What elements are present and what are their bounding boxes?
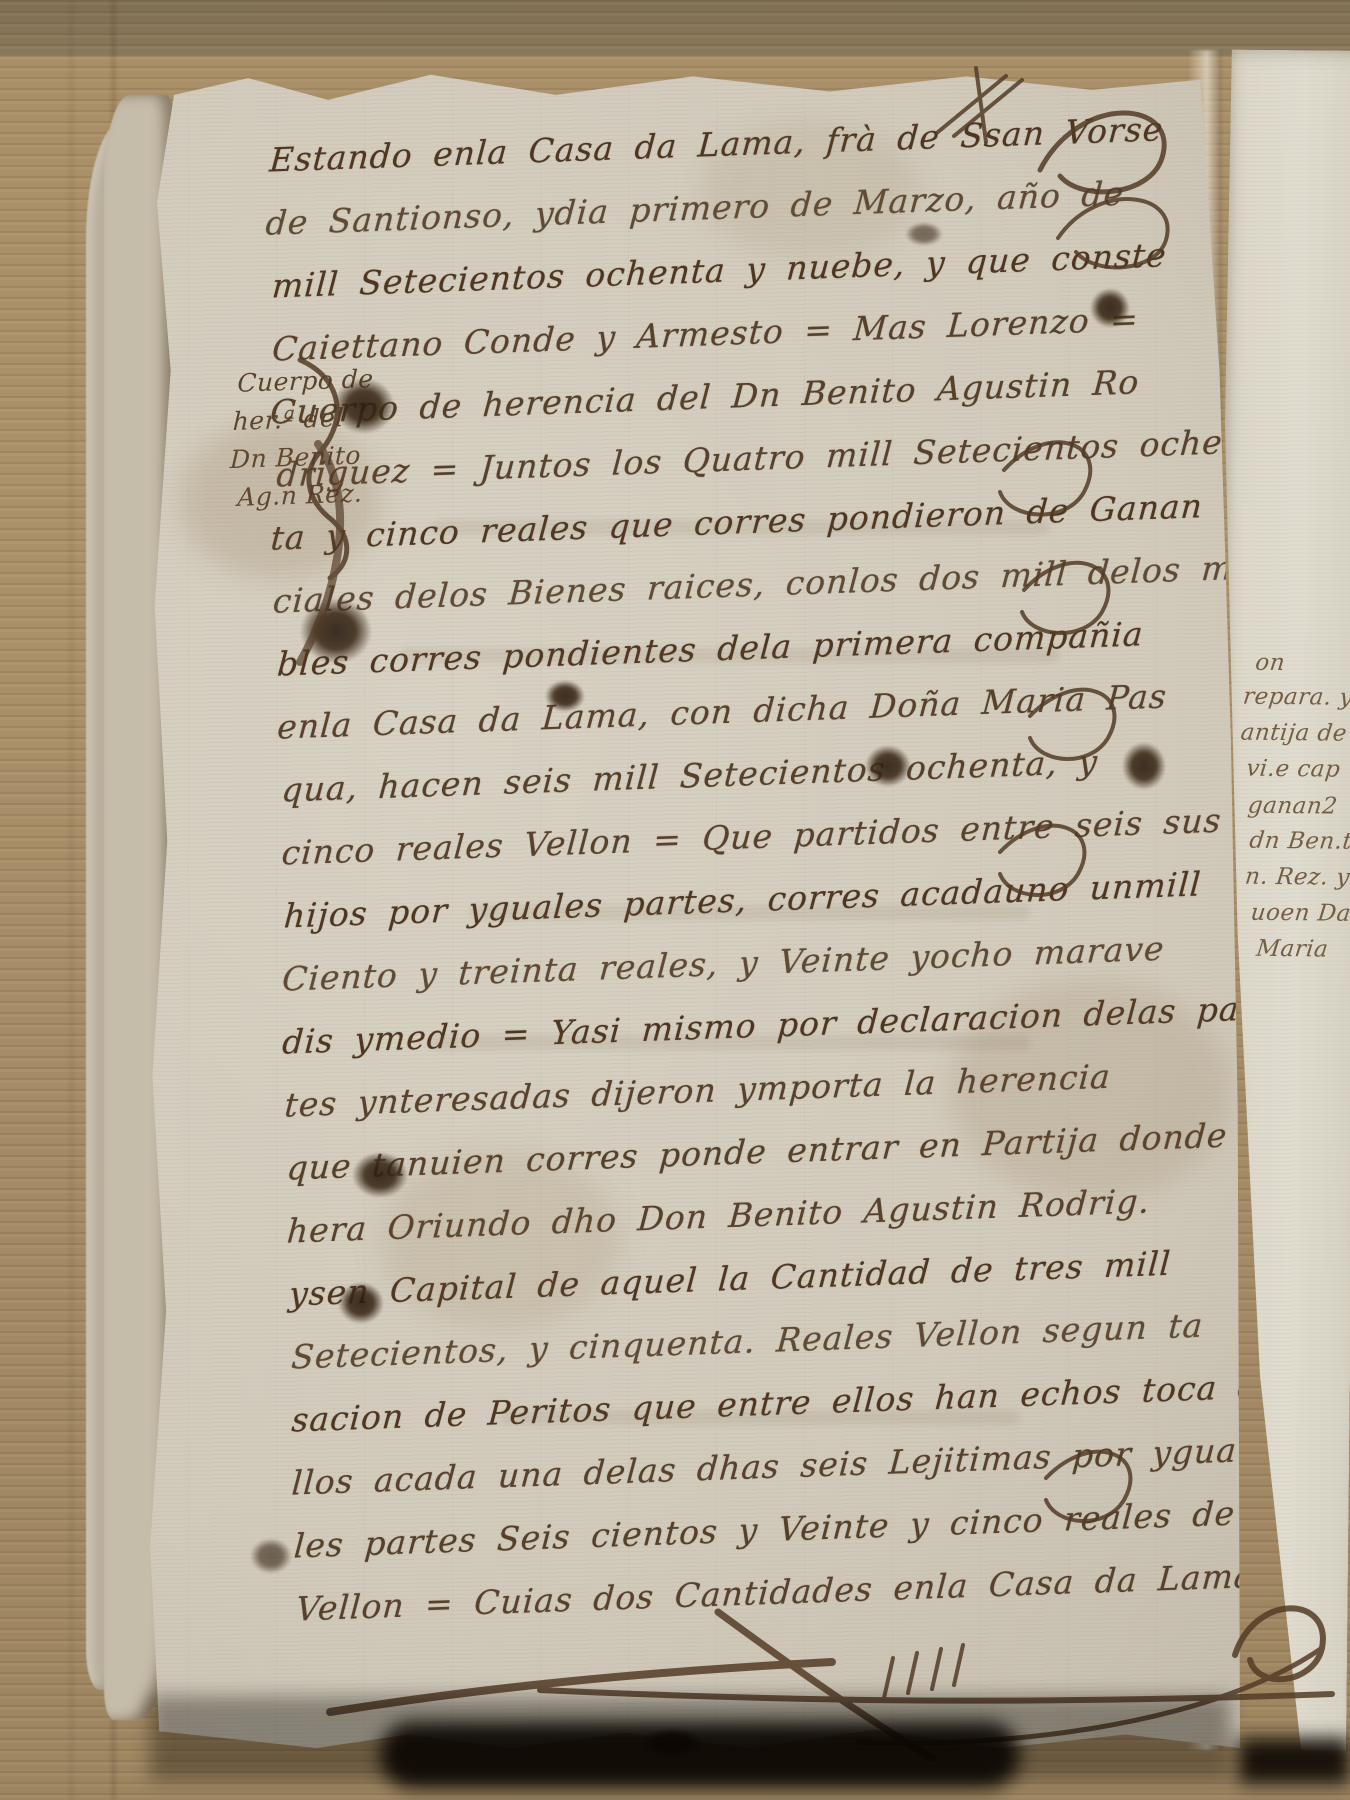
ink-blot [905,222,943,246]
manuscript-line: de Santionso, ydia primero de Marzo, año… [264,174,1125,243]
manuscript-line: mill Setecientos ochenta y nuebe, y que … [271,235,1168,305]
manuscript-line: llos acada una delas dhas seis Lejitimas… [290,1430,1238,1502]
manuscript-line: les partes Seis cientos y Veinte y cinco… [293,1494,1237,1566]
manuscript-line: driguez = Juntos los Quatro mill Setecie… [275,422,1246,495]
right-page-text-fragment: uoen Da [1249,900,1350,927]
manuscript-line: Vellon = Cuias dos Cantidades enla Casa … [295,1556,1256,1629]
ink-blot [1122,742,1166,790]
manuscript-line: cinco reales Vellon = Que partidos entre… [280,801,1223,873]
right-page-text-fragment: dn Ben.to [1248,828,1350,855]
ink-blot [865,745,911,787]
ink-bleed-through [500,1410,1020,1425]
ink-bleed-through [430,520,1050,535]
ink-bleed-through [430,1035,1030,1050]
ink-blot [250,1538,292,1574]
manuscript-line: Setecientos, y cinquenta. Reales Vellon … [290,1306,1205,1377]
bottom-gap-shadow [380,1722,1020,1788]
manuscript-line: enla Casa da Lama, con dicha Doña Maria … [276,676,1168,746]
ink-blot [1090,288,1130,328]
cardboard-crease [70,0,73,1800]
manuscript-line: sacion de Peritos que entre ellos han ec… [290,1366,1281,1440]
manuscript-line: Cuerpo de herencia del Dn Benito Agustin… [269,362,1141,431]
ink-blot [545,680,585,712]
paper-stain [180,420,380,580]
right-page-text-fragment: vi.e cap [1245,756,1342,783]
ink-blot [352,1152,408,1198]
bottom-right-shadow [1238,1738,1350,1784]
paper-stain [380,1150,620,1330]
photo-of-manuscript: on repara. y antija de vi.e cap ganan2 d… [0,0,1350,1800]
manuscript-line: qua, hacen seis mill Setecientos ochenta… [280,742,1099,810]
manuscript-line: ciales delos Bienes raices, conlos dos m… [272,547,1278,621]
right-page-text-fragment: repara. y [1242,684,1350,711]
ink-blot [300,598,372,664]
paper-stain [700,120,920,260]
paper-stain [950,980,1230,1200]
right-page-text-fragment: on [1254,650,1287,676]
manuscript-line: Caiettano Conde y Armesto = Mas Lorenzo … [271,299,1140,368]
ink-bleed-through [470,905,1030,920]
right-page-text-fragment: antija de [1239,720,1348,747]
ink-blot [338,1282,384,1324]
manuscript-line: hijos por yguales partes, corres acadaun… [283,864,1203,935]
right-page-text-fragment: Maria [1255,936,1330,963]
right-page-text-fragment: ganan2 [1246,793,1338,820]
ink-blot [333,378,395,434]
right-page-text-fragment: n. Rez. y [1244,864,1350,891]
ink-bleed-through [400,648,1060,663]
